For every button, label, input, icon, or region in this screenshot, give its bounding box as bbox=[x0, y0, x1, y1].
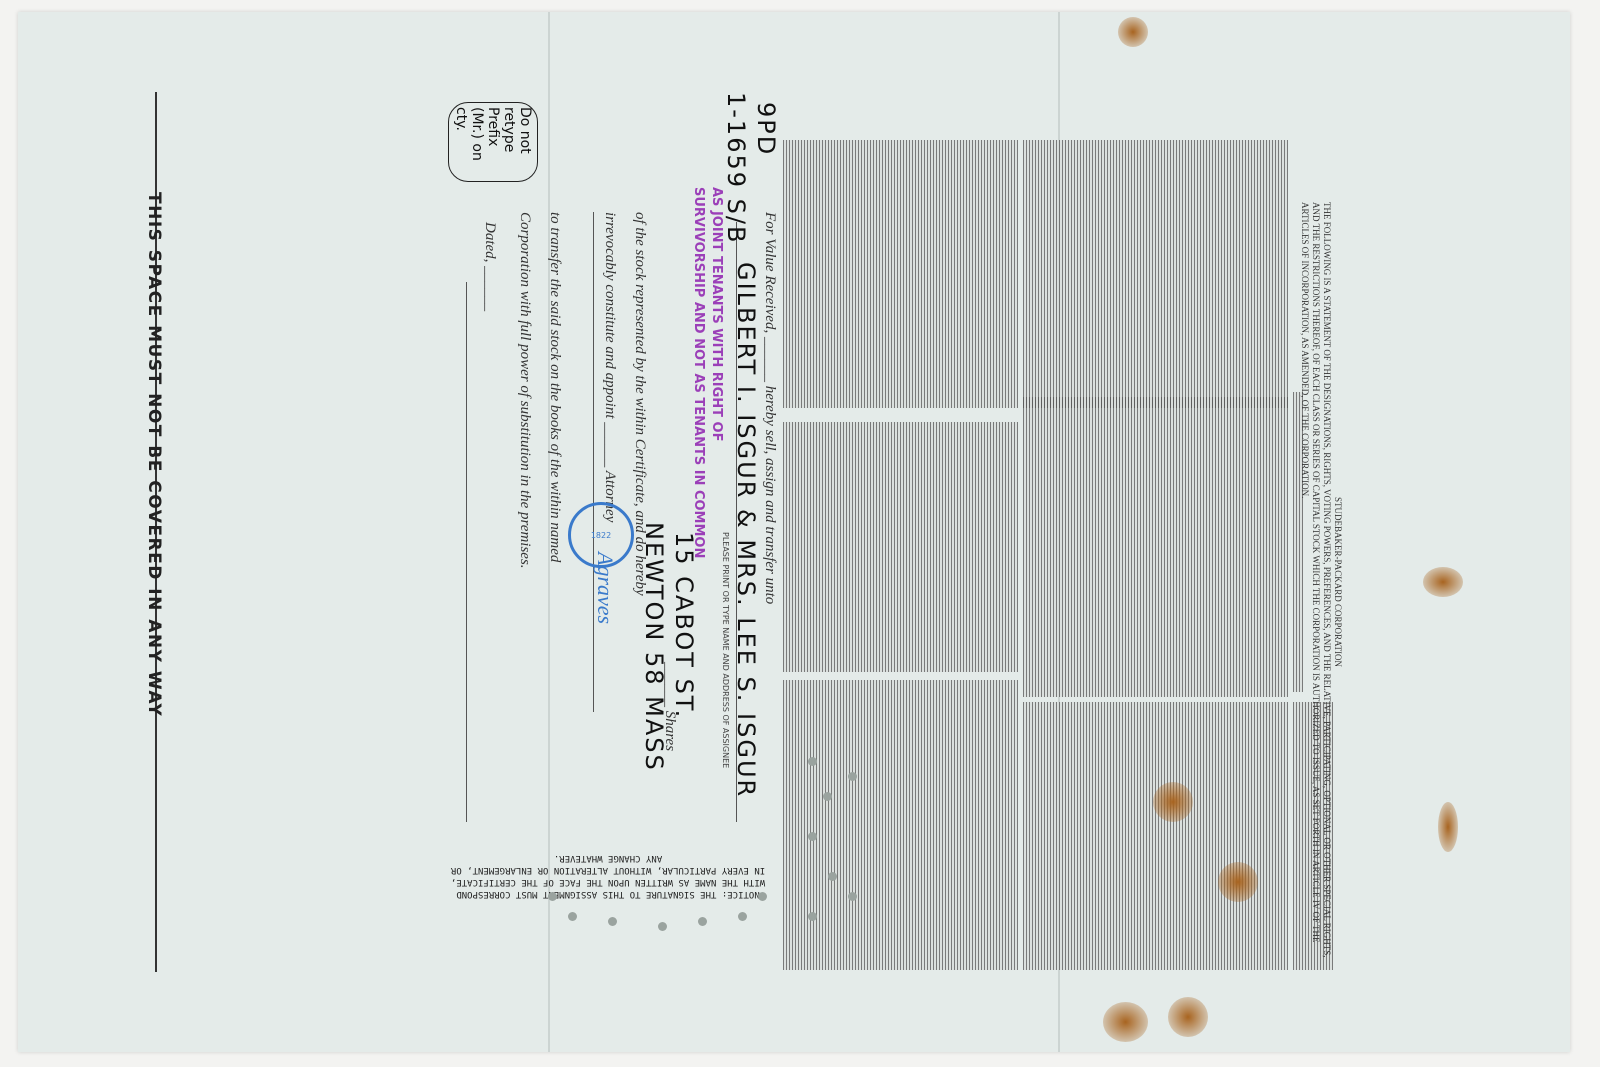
legal-text-column bbox=[1023, 140, 1288, 408]
dated-line: Dated, ______ bbox=[481, 222, 498, 311]
rust-stain bbox=[1118, 17, 1148, 47]
perforation-hole bbox=[698, 917, 707, 926]
joint-tenants-stamp-line-1: AS JOINT TENANTS WITH RIGHT OF bbox=[709, 187, 724, 441]
legal-text-column bbox=[783, 422, 1018, 672]
legal-text-column bbox=[783, 680, 1018, 970]
perforation-hole bbox=[848, 892, 857, 901]
perforation-hole bbox=[808, 832, 817, 841]
assignee-label: PLEASE PRINT OR TYPE NAME AND ADDRESS OF… bbox=[721, 532, 730, 768]
attorney-line: irrevocably constitute and appoint _____… bbox=[601, 212, 618, 522]
legal-text-column bbox=[1023, 397, 1288, 697]
legal-text-column bbox=[783, 140, 1018, 408]
rust-stain bbox=[1168, 997, 1208, 1037]
perforation-hole bbox=[848, 772, 857, 781]
handwritten-address-1: 15 CABOT ST. bbox=[670, 532, 698, 719]
assignment-line-1: For Value Received, ______ hereby sell, … bbox=[761, 212, 778, 604]
perforation-hole bbox=[608, 917, 617, 926]
blue-signature: Agraves bbox=[592, 552, 618, 624]
corporation-name: STUDEBAKER-PACKARD CORPORATION bbox=[1332, 202, 1343, 962]
legal-text-column bbox=[1023, 702, 1288, 970]
perforation-hole bbox=[738, 912, 747, 921]
statement-heading: THE FOLLOWING IS A STATEMENT OF THE DESI… bbox=[1299, 202, 1332, 962]
handwritten-address-2: NEWTON 58 MASS bbox=[640, 522, 668, 772]
perforation-hole bbox=[808, 912, 817, 921]
attorney-line-rule bbox=[593, 212, 594, 712]
handwritten-margin-note: Do not retype Prefix (Mr.) on cty. bbox=[448, 102, 538, 182]
rust-stain bbox=[1423, 567, 1463, 597]
margin-warning: THIS SPACE MUST NOT BE COVERED IN ANY WA… bbox=[144, 192, 164, 717]
corporation-line: Corporation with full power of substitut… bbox=[516, 212, 533, 569]
rust-stain bbox=[1218, 862, 1258, 902]
corporation-heading: STUDEBAKER-PACKARD CORPORATION THE FOLLO… bbox=[1299, 202, 1343, 962]
perforation-hole bbox=[758, 892, 767, 901]
joint-tenants-stamp-line-2: SURVIVORSHIP AND NOT AS TENANTS IN COMMO… bbox=[691, 187, 706, 558]
dated-rule bbox=[466, 282, 467, 822]
transfer-line: to transfer the said stock on the books … bbox=[546, 212, 563, 562]
seal-year: 1822 bbox=[591, 531, 611, 540]
perforation-hole bbox=[568, 912, 577, 921]
perforation-hole bbox=[548, 892, 557, 901]
handwritten-code: 9PD bbox=[752, 102, 780, 156]
perforation-hole bbox=[828, 872, 837, 881]
perforation-hole bbox=[823, 792, 832, 801]
certificate-sheet: THIS SPACE MUST NOT BE COVERED IN ANY WA… bbox=[18, 12, 1570, 1052]
handwritten-assignee: GILBERT I. ISGUR & MRS. LEE S. ISGUR bbox=[732, 262, 760, 798]
perforation-hole bbox=[808, 757, 817, 766]
rust-stain bbox=[1103, 1002, 1148, 1042]
signature-notice: NOTICE: THE SIGNATURE TO THIS ASSIGNMENT… bbox=[448, 852, 768, 900]
perforation-hole bbox=[658, 922, 667, 931]
staple-mark bbox=[1438, 802, 1458, 852]
rust-stain bbox=[1153, 782, 1193, 822]
handwritten-reference: 1-1659 S/B bbox=[722, 92, 750, 244]
